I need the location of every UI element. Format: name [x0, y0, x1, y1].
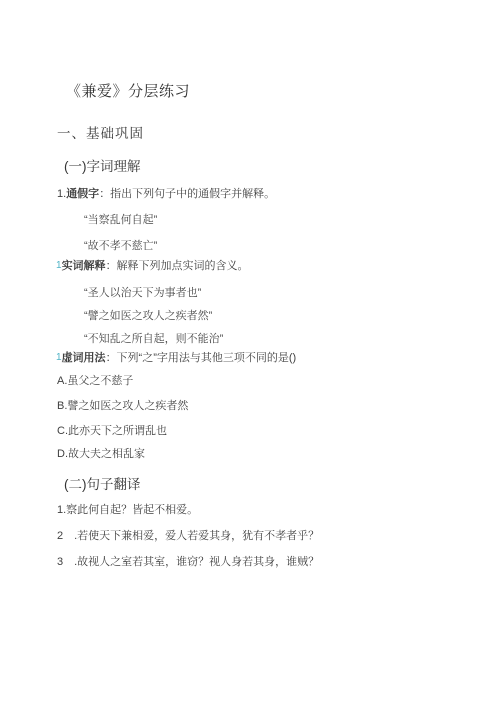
translation-item: 2 .若使天下兼相爱，爱人若爱其身，犹有不孝者乎？: [57, 530, 319, 544]
question-shici-label: 实词解释: [62, 260, 106, 272]
page-title: 《兼爱》分层练习: [66, 83, 190, 102]
quote-line: “譬之如医之攻人之疾者然”: [84, 310, 212, 324]
quote-line: “圣人以治天下为事者也”: [84, 287, 201, 301]
section-heading-basics: 一、基础巩固: [57, 126, 144, 143]
option-d: D.故大夫之相乱家: [57, 448, 145, 462]
question-xuci-label: 虚词用法: [62, 352, 106, 364]
option-b: B.譬之如医之攻人之疾者然: [57, 400, 188, 414]
question-shici: 1实词解释：解释下列加点实词的含义。: [56, 260, 249, 274]
option-c: C.此亦天下之所谓乱也: [57, 425, 167, 439]
question-tongjiazi: 1.通假字：指出下列句子中的通假字并解释。: [57, 188, 275, 202]
option-a: A.虽父之不慈子: [57, 375, 133, 389]
translation-item: 3 .故视人之室若其室，谁窃？视人身若其身，谁贼？: [57, 556, 319, 570]
question-tongjiazi-number: 1.: [57, 188, 66, 200]
subsection-heading-word-understanding: (一)字词理解: [64, 159, 141, 176]
document-page: 《兼爱》分层练习 一、基础巩固 (一)字词理解 1.通假字：指出下列句子中的通假…: [0, 0, 500, 707]
question-tongjiazi-label: 通假字: [66, 188, 99, 200]
question-shici-text: ：解释下列加点实词的含义。: [106, 260, 249, 272]
subsection-heading-sentence-translation: (二)句子翻译: [64, 477, 141, 494]
quote-line: “当察乱何自起”: [84, 214, 157, 228]
translation-item: 1.察此何自起？皆起不相爱。: [57, 504, 198, 518]
question-xuci-text: ：下列“之”字用法与其他三项不同的是(): [106, 352, 297, 364]
quote-line: “不知乱之所自起，则不能治”: [84, 333, 223, 347]
question-tongjiazi-text: ：指出下列句子中的通假字并解释。: [99, 188, 275, 200]
question-xuci: 1虚词用法：下列“之”字用法与其他三项不同的是(): [56, 352, 296, 366]
quote-line: “故不孝不慈亡”: [84, 240, 157, 254]
